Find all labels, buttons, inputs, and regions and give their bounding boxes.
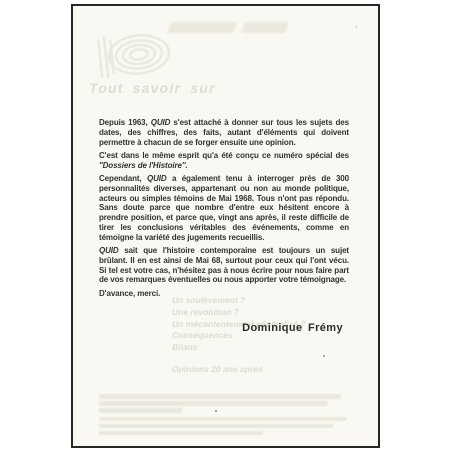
- ghost-colophon-line: [99, 394, 341, 399]
- ghost-cover-title-fragment: [241, 22, 289, 33]
- paragraph: Depuis 1963, QUID s'est attaché à donner…: [99, 118, 349, 147]
- dust-speck: [323, 355, 325, 357]
- ghost-toc-line: Une révolution ?: [172, 307, 306, 319]
- ghost-colophon-line: [99, 408, 182, 413]
- paragraph: QUID sait que l'histoire contemporaine e…: [99, 246, 349, 285]
- ghost-toc-line: Bilans: [172, 342, 306, 354]
- ghost-tagline: Tout savoir sur: [89, 80, 216, 96]
- body-text: Depuis 1963, QUID s'est attaché à donner…: [99, 118, 349, 302]
- ghost-cover-title-fragment: [167, 22, 237, 33]
- dust-speck: [356, 26, 357, 28]
- page-surface: Tout savoir sur Depuis 1963, QUID s'est …: [73, 6, 378, 446]
- ghost-colophon-line: [99, 417, 346, 422]
- ghost-colophon: [99, 394, 351, 438]
- ghost-toc-line: Opinions 20 ans après: [172, 364, 306, 376]
- ghost-toc: Un soulèvement ?Une révolution ?Un mécon…: [172, 295, 306, 376]
- ghost-colophon-line: [99, 431, 263, 436]
- page-frame: Tout savoir sur Depuis 1963, QUID s'est …: [71, 4, 380, 448]
- quid-swirl-logo-ghost-icon: [93, 30, 175, 80]
- paragraph: C'est dans le même esprit qu'a été conçu…: [99, 151, 349, 171]
- paragraph: Cependant, QUID a également tenu à inter…: [99, 174, 349, 243]
- dust-speck: [215, 410, 217, 412]
- scanned-book-page: { "colors": { "paper": "#f9f8f2", "frame…: [0, 0, 452, 452]
- ghost-toc-line: Un soulèvement ?: [172, 295, 306, 307]
- ghost-colophon-line: [99, 424, 333, 429]
- author-signature: Dominique Frémy: [242, 322, 343, 334]
- ghost-colophon-line: [99, 401, 328, 406]
